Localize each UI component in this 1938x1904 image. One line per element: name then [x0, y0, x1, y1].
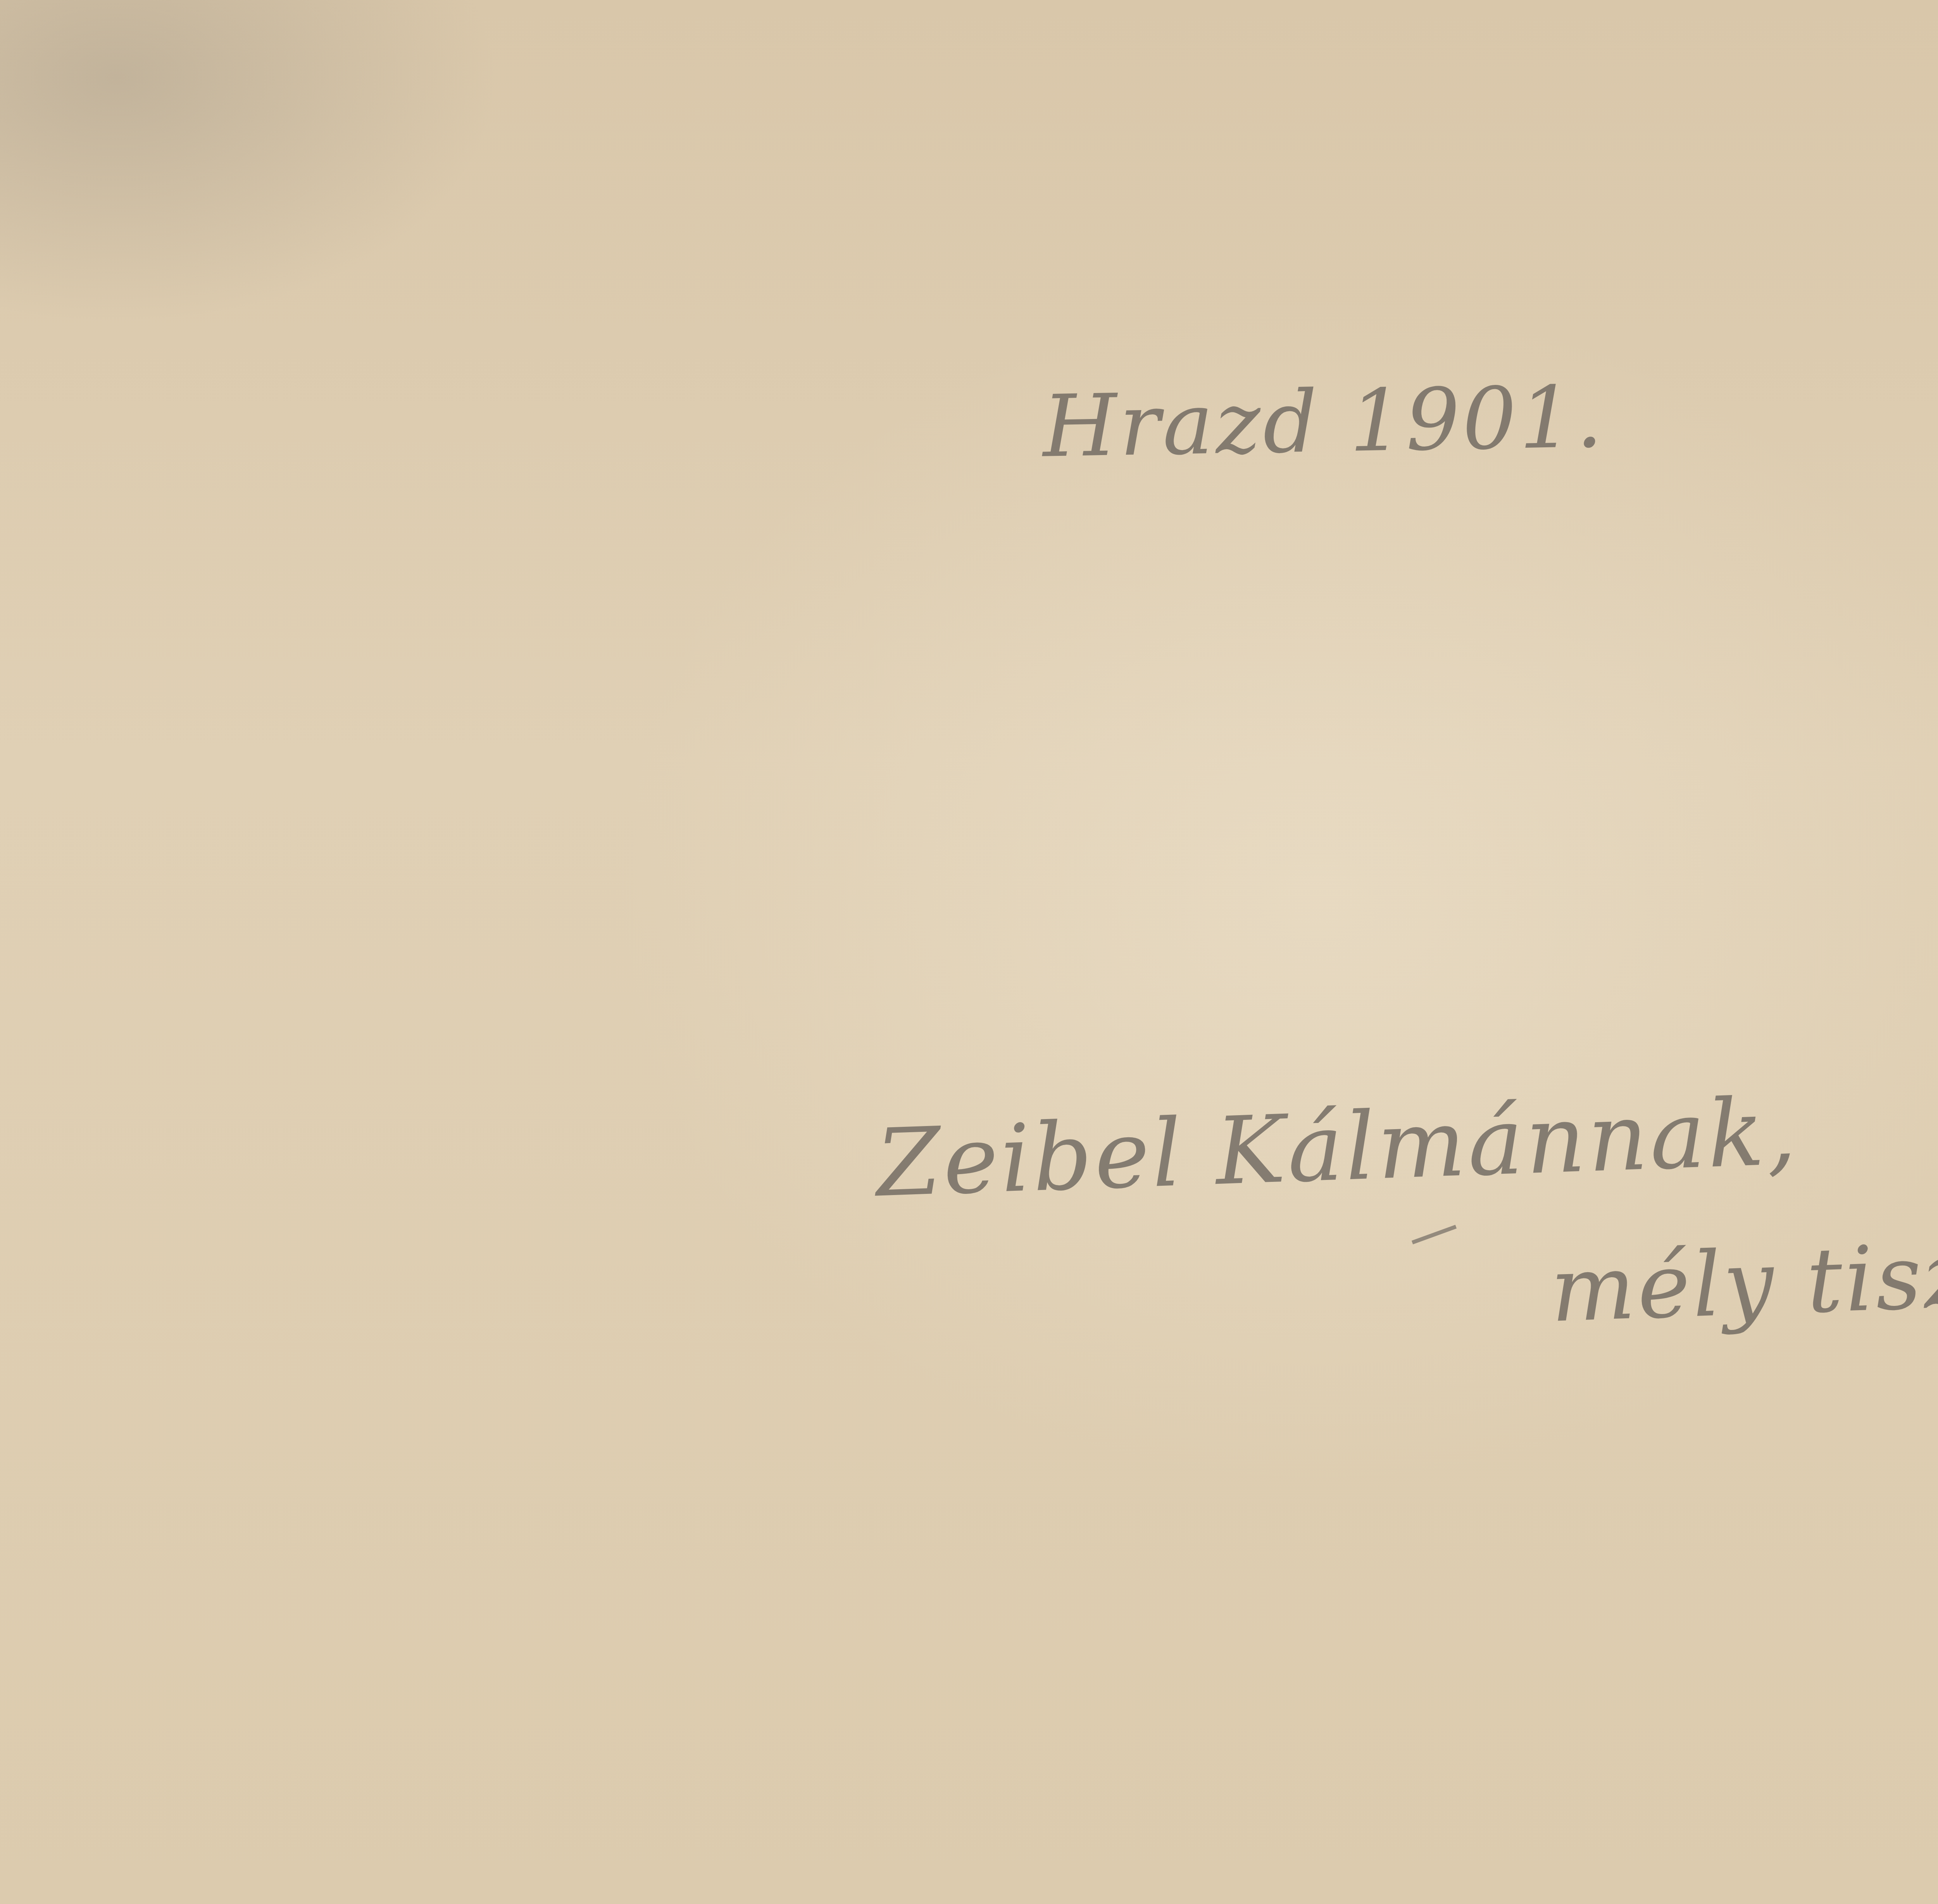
- top-inscription: Hrazd 1901.: [1042, 367, 1606, 476]
- paper-background: [0, 0, 1938, 1904]
